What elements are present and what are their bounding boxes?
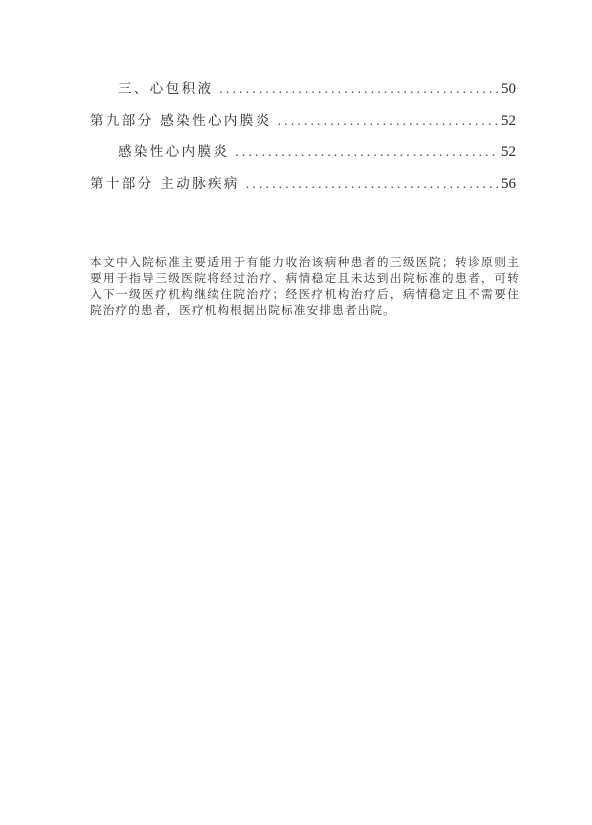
toc-entry-title: 第十部分 主动脉疾病 bbox=[90, 172, 240, 192]
table-of-contents: 三、心包积液 50 第九部分 感染性心内膜炎 52 感染性心内膜炎 52 第十部… bbox=[90, 77, 516, 203]
toc-entry[interactable]: 三、心包积液 50 bbox=[90, 77, 516, 109]
toc-entry-page: 56 bbox=[501, 176, 516, 193]
toc-entry-page: 52 bbox=[501, 144, 516, 161]
toc-dot-leader bbox=[278, 113, 499, 129]
toc-dot-leader bbox=[235, 144, 499, 160]
document-page: 三、心包积液 50 第九部分 感染性心内膜炎 52 感染性心内膜炎 52 第十部… bbox=[0, 0, 592, 825]
toc-entry-title: 感染性心内膜炎 bbox=[118, 140, 229, 160]
toc-entry-title: 三、心包积液 bbox=[118, 77, 213, 97]
toc-entry[interactable]: 第九部分 感染性心内膜炎 52 bbox=[90, 109, 516, 141]
toc-dot-leader bbox=[219, 81, 499, 97]
toc-dot-leader bbox=[246, 176, 499, 192]
explanatory-note: 本文中入院标准主要适用于有能力收治该病种患者的三级医院；转诊原则主要用于指导三级… bbox=[90, 254, 520, 318]
toc-entry-page: 52 bbox=[501, 113, 516, 130]
toc-entry-title: 第九部分 感染性心内膜炎 bbox=[90, 109, 272, 129]
toc-entry[interactable]: 第十部分 主动脉疾病 56 bbox=[90, 172, 516, 204]
toc-entry-page: 50 bbox=[501, 81, 516, 98]
toc-entry[interactable]: 感染性心内膜炎 52 bbox=[90, 140, 516, 172]
